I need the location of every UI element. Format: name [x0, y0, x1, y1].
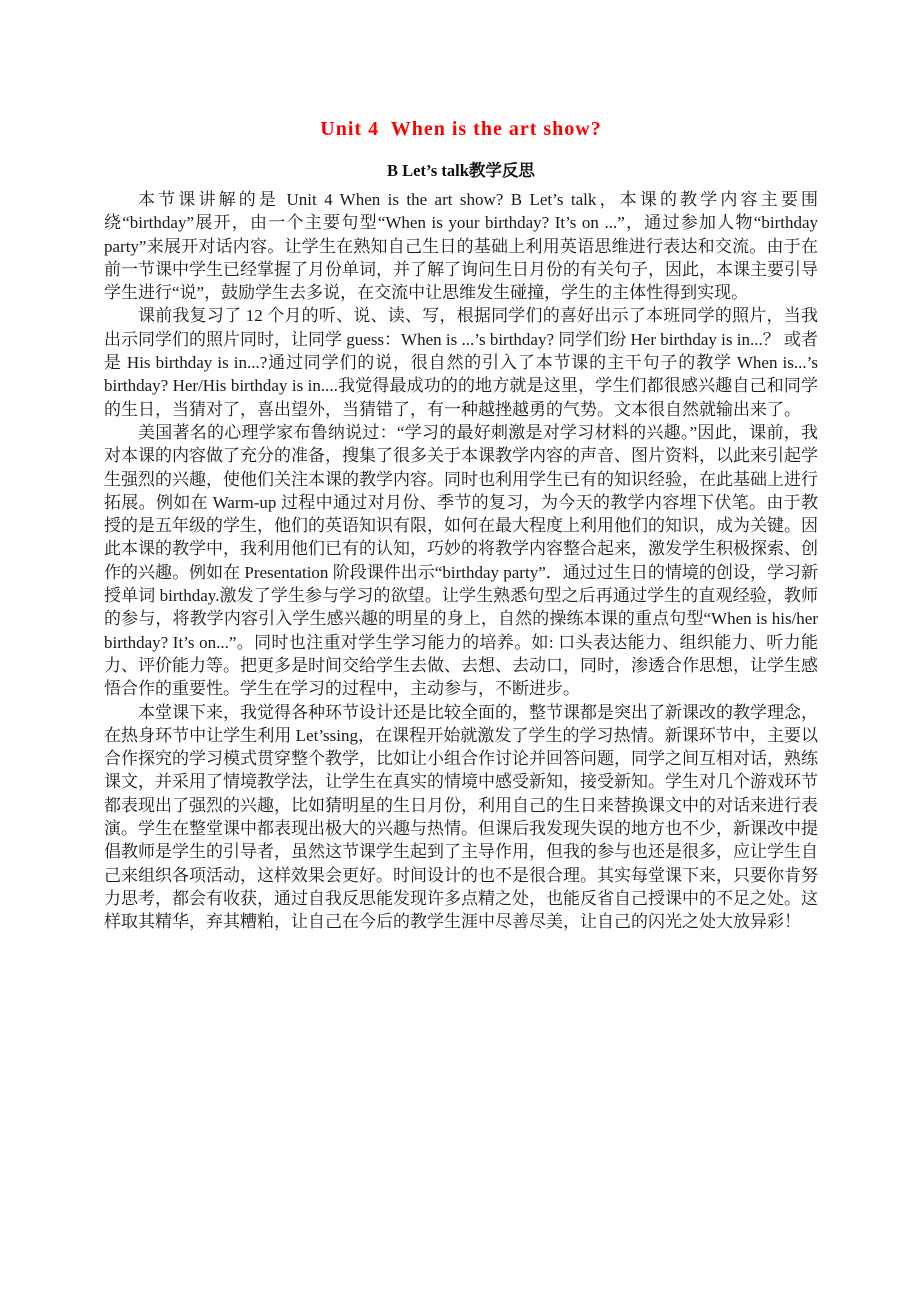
- document-title: Unit 4 When is the art show?: [104, 118, 818, 141]
- paragraph-lesson-overview: 本节课讲解的是 Unit 4 When is the art show? B L…: [104, 188, 818, 304]
- document-page: Unit 4 When is the art show? B Let’s tal…: [0, 0, 920, 1302]
- paragraph-preparation-methods: 美国著名的心理学家布鲁纳说过：“学习的最好刺激是对学习材料的兴趣。”因此，课前，…: [104, 421, 818, 701]
- document-subtitle: B Let’s talk教学反思: [104, 157, 818, 181]
- paragraph-warmup-review: 课前我复习了 12 个月的听、说、读、写，根据同学们的喜好出示了本班同学的照片，…: [104, 304, 818, 420]
- paragraph-reflection-summary: 本堂课下来，我觉得各种环节设计还是比较全面的，整节课都是突出了新课改的教学理念，…: [104, 701, 818, 934]
- document-body: 本节课讲解的是 Unit 4 When is the art show? B L…: [104, 188, 818, 934]
